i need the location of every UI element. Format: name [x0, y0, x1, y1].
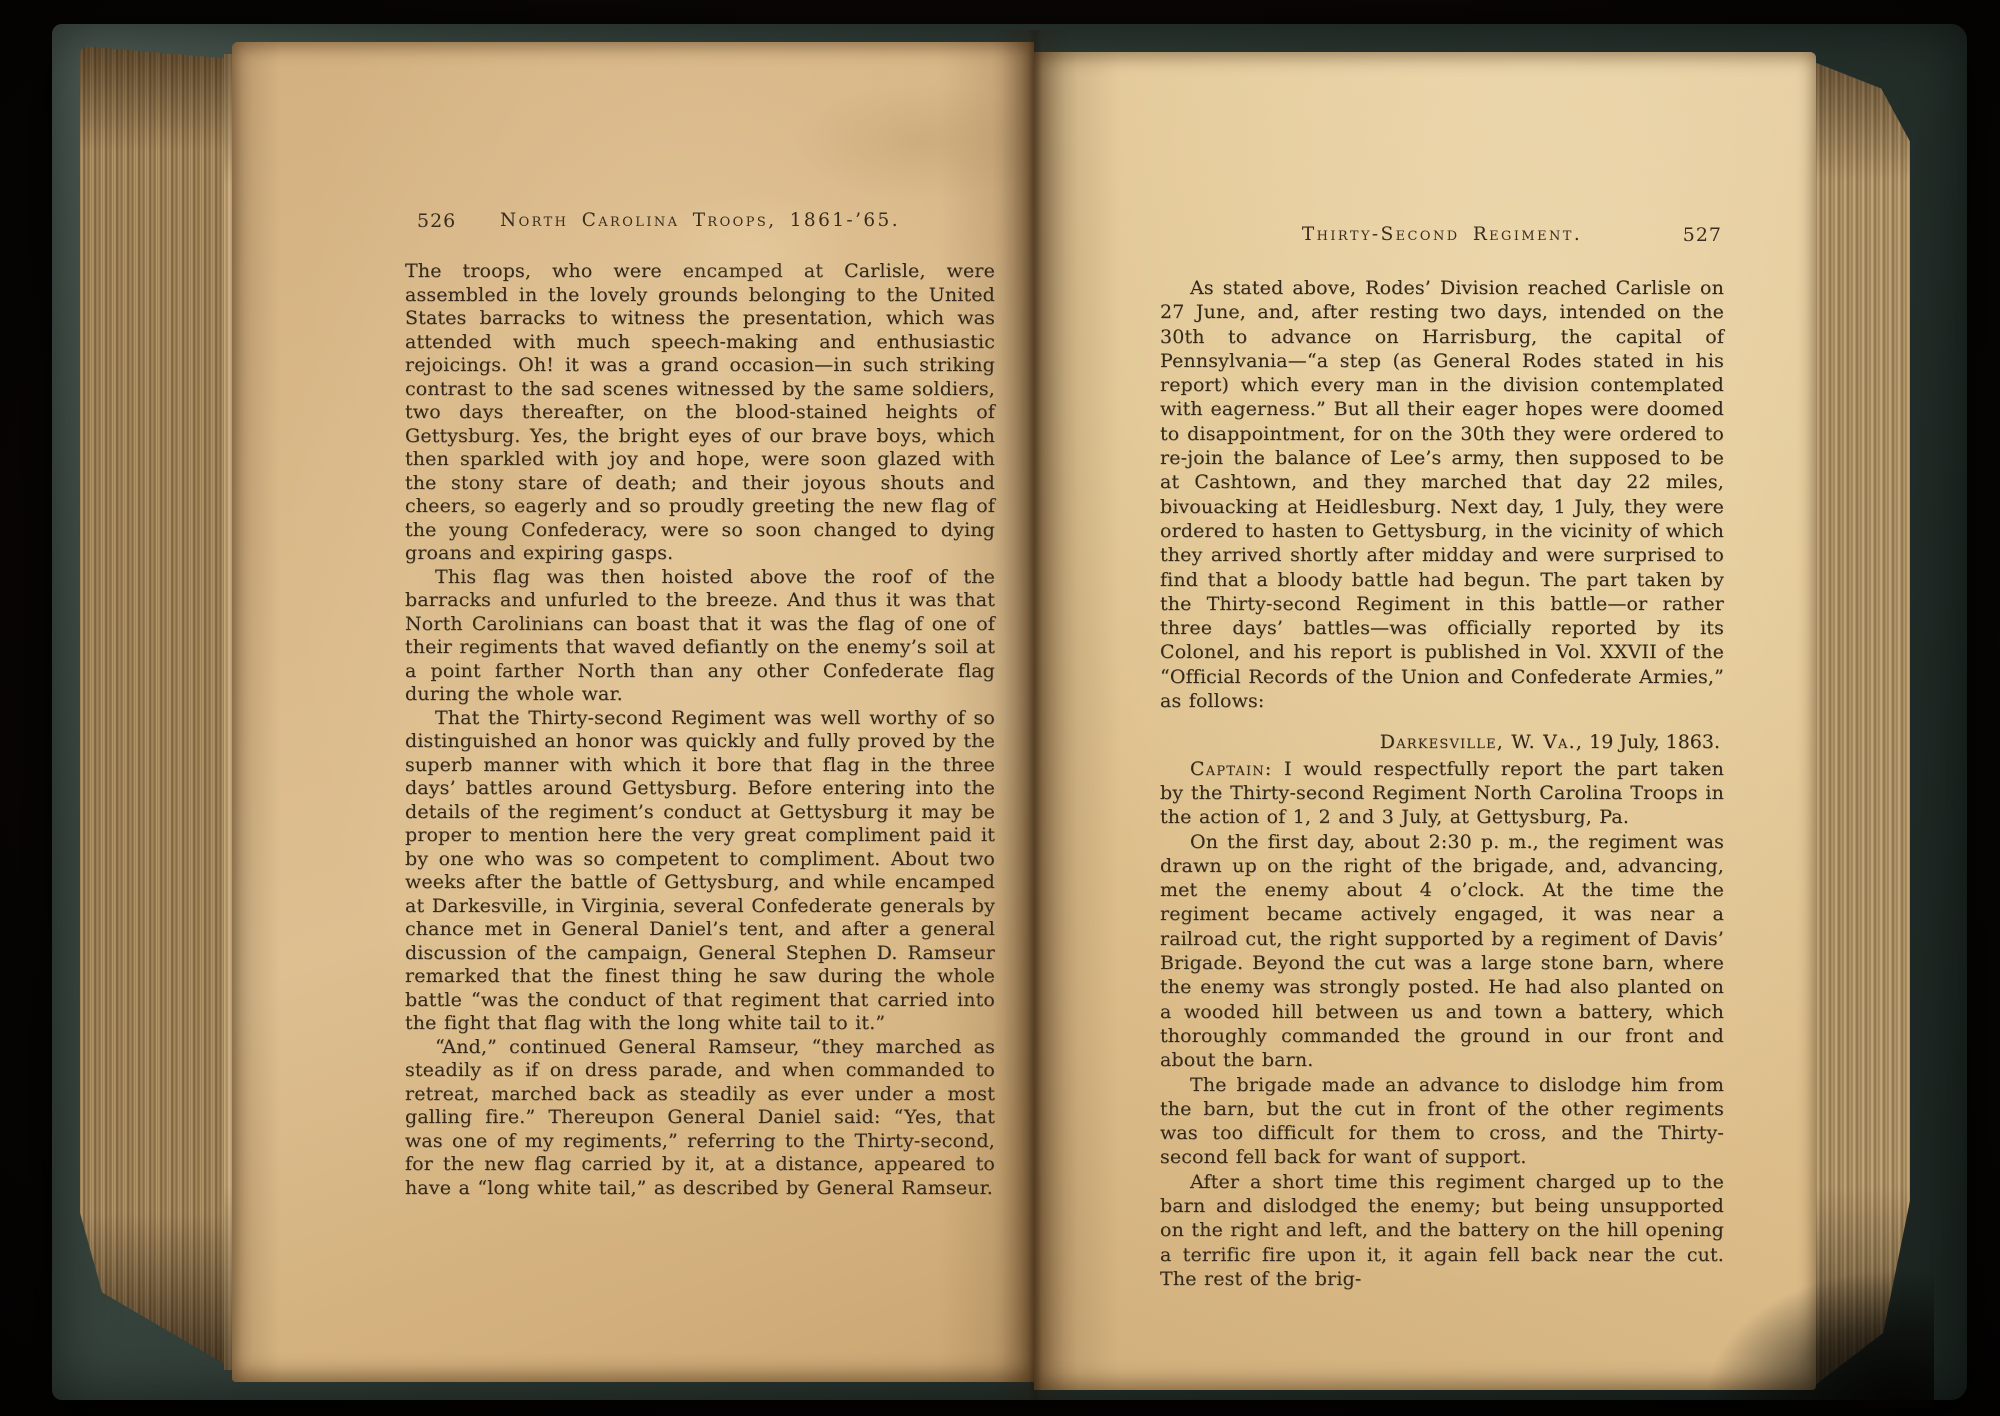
left-text-block: The troops, who were encamped at Carlisl…: [405, 260, 995, 1200]
paragraph: As stated above, Rodes’ Division reached…: [1160, 276, 1724, 713]
paragraph: This flag was then hoisted above the roo…: [405, 566, 995, 707]
paragraph: On the first day, about 2:30 p. m., the …: [1160, 830, 1724, 1073]
right-page-header: Thirty-Second Regiment. 527: [1160, 224, 1724, 250]
paragraph: “And,” continued General Ramseur, “they …: [405, 1036, 995, 1201]
report-dateline-date: 19 July, 1863.: [1583, 731, 1720, 753]
report-dateline-place: Darkesville, W. Va.,: [1380, 731, 1583, 753]
right-text-block: As stated above, Rodes’ Division reached…: [1160, 276, 1724, 1291]
paragraph: The troops, who were encamped at Carlisl…: [405, 260, 995, 566]
report-salutation: Captain:: [1190, 758, 1273, 780]
paragraph: The brigade made an advance to dislodge …: [1160, 1073, 1724, 1170]
photo-background: 526 North Carolina Troops, 1861-’65. The…: [0, 0, 2000, 1416]
right-running-title: Thirty-Second Regiment.: [1160, 224, 1724, 245]
left-page-header: 526 North Carolina Troops, 1861-’65.: [405, 210, 995, 236]
report-salutation-paragraph: Captain: I would respectfully report the…: [1160, 757, 1724, 830]
report-dateline: Darkesville, W. Va., 19 July, 1863.: [1160, 730, 1720, 754]
left-page-number: 526: [417, 210, 456, 232]
left-running-title: North Carolina Troops, 1861-’65.: [405, 210, 995, 231]
right-page: Thirty-Second Regiment. 527 As stated ab…: [1034, 52, 1816, 1390]
left-page: 526 North Carolina Troops, 1861-’65. The…: [232, 42, 1034, 1382]
paragraph: After a short time this regiment charged…: [1160, 1170, 1724, 1291]
page-stain: [792, 82, 1052, 202]
paragraph: That the Thirty-second Regiment was well…: [405, 707, 995, 1036]
right-page-number: 527: [1683, 224, 1722, 246]
